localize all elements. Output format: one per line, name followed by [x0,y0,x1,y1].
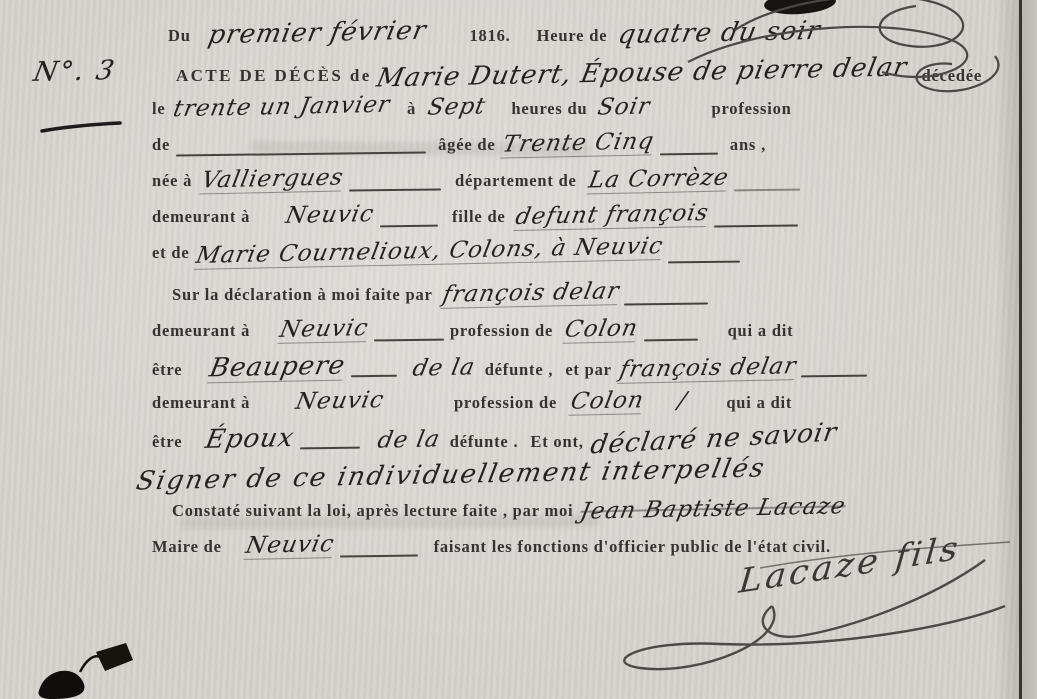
label-agee-de: âgée de [438,135,495,155]
entry-de-la: de la [376,428,442,452]
page-binding-edge [1019,0,1037,699]
entry-father: defunt françois [513,202,711,231]
filler-line [734,188,800,191]
label-etre: être [152,360,182,380]
certificate-line-birthplace: née à Valliergues département de La Corr… [152,168,972,198]
label-profession-de: profession de [450,321,553,341]
top-right-ink-blot [763,0,836,16]
entry-residence: Neuvic [284,203,377,228]
filler-line [801,374,867,377]
certificate-line-declarant2-relation: être Époux de la défunte . Et ont, décla… [152,426,972,456]
filler-line [351,375,397,378]
filler-line [644,338,698,341]
label-demeurant: demeurant à [152,321,250,341]
entry-declarant2-trade: Colon [569,389,647,416]
label-ans: ans , [730,135,766,155]
certificate-line-signer-interpelles: Signer de ce individuellement interpellé… [152,462,972,492]
label-qui-a-dit: qui a dit [726,393,792,413]
entry-signer-interpelles: Signer de ce individuellement interpellé… [134,455,768,494]
entry-soir: Soir [595,95,652,119]
label-heure-de: Heure de [537,26,608,46]
filler-line [340,554,418,557]
entry-mayor-name: Jean Baptiste Lacaze [579,495,848,524]
entry-registration-time: quatre du soir [616,18,823,48]
filler-line [714,224,798,227]
entry-departement: La Corrèze [586,167,730,195]
label-defunte: défunte . [450,432,519,452]
filler-line [176,151,426,156]
entry-declarant2-relation: Époux [204,425,297,453]
certificate-line-age: de âgée de Trente Cinq ans , [152,132,972,162]
certificate-line-mother: et de Marie Cournelioux, Colons, à Neuvi… [152,240,972,270]
certificate-line-death-day: le trente un Janvier à Sept heures du So… [152,96,972,126]
act-number-text: N°. 3 [31,57,118,86]
label-et-ont: Et ont, [530,432,583,452]
filler-line [624,302,708,305]
label-qui-a-dit: qui a dit [728,321,794,341]
label-de: de [152,135,170,155]
filler-line [349,188,441,191]
entry-declare-ne-savoir: déclaré ne savoir [588,420,838,459]
entry-registration-date: premier février [206,18,429,49]
label-profession-de: profession de [454,393,557,413]
certificate-line-date: Du premier février 1816. Heure de quatre… [152,20,972,50]
label-maire-de: Maire de [152,537,222,557]
entry-mayor-commune: Neuvic [243,533,336,560]
stray-pen-stroke: / [675,390,688,413]
entry-declarant1-relation: Beaupere [207,353,348,384]
certificate-line-declarant1-relation: être Beaupere de la défunte , et par fra… [152,354,972,384]
label-heures-du: heures du [511,99,587,119]
entry-declarant2-name: françois delar [617,355,798,384]
certificate-line-declarant2: demeurant à Neuvic profession de Colon /… [152,390,972,420]
label-year: 1816. [469,26,510,46]
label-defunte: défunte , [485,360,554,380]
label-sur-declaration: Sur la déclaration à moi faite par [172,285,433,305]
label-fille-de: fille de [452,207,506,227]
label-profession: profession [711,99,791,119]
filler-line [668,260,740,263]
label-a: à [407,99,416,119]
entry-death-hour: Sept [426,95,488,119]
filler-line [660,152,718,155]
act-number: N°. 3 [34,58,115,85]
certificate-line-declaration: Sur la déclaration à moi faite par franç… [152,282,972,312]
entry-declarant1-residence: Neuvic [278,317,371,344]
label-decedee: décédée [921,66,982,86]
certificate-line-residence: demeurant à Neuvic fille de defunt franç… [152,204,972,234]
scanned-death-certificate: N°. 3 Du premier février 1816. Heure de … [0,0,1037,699]
entry-mother: Marie Cournelioux, Colons, à Neuvic [194,235,666,270]
label-le: le [152,99,166,119]
certificate-line-constate: Constaté suivant la loi, après lecture f… [152,498,972,528]
entry-birthplace: Valliergues [200,167,346,195]
filler-line [300,446,360,449]
act-number-underline [42,123,120,131]
bottom-left-ink-blot [39,643,134,699]
certificate-line-acte: ACTE DE DÉCÈS de Marie Dutert, Épouse de… [152,60,972,90]
label-demeurant: demeurant à [152,207,250,227]
certificate-body: Du premier février 1816. Heure de quatre… [152,20,972,570]
entry-age: Trente Cinq [501,130,657,158]
label-et-par: et par [565,360,612,380]
label-demeurant: demeurant à [152,393,250,413]
filler-line [380,224,438,227]
certificate-line-declarant1: demeurant à Neuvic profession de Colon q… [152,318,972,348]
entry-declarant1-trade: Colon [563,317,641,344]
entry-declarant2-residence: Neuvic [294,389,387,414]
label-et-de: et de [152,243,189,263]
label-etre: être [152,432,182,452]
entry-declarant1-name: françois delar [440,280,621,309]
filler-line [374,338,444,341]
mayor-signature: Lacaze fils [742,548,1032,582]
label-du: Du [168,26,191,46]
label-nee-a: née à [152,171,192,191]
entry-de-la: de la [411,356,477,380]
label-departement: département de [455,171,577,191]
label-acte-de-deces: ACTE DE DÉCÈS de [176,66,372,86]
entry-death-day: trente un Janvier [171,94,392,122]
label-constate: Constaté suivant la loi, après lecture f… [172,501,573,521]
entry-deceased-name: Marie Dutert, Épouse de pierre delar [374,54,909,91]
